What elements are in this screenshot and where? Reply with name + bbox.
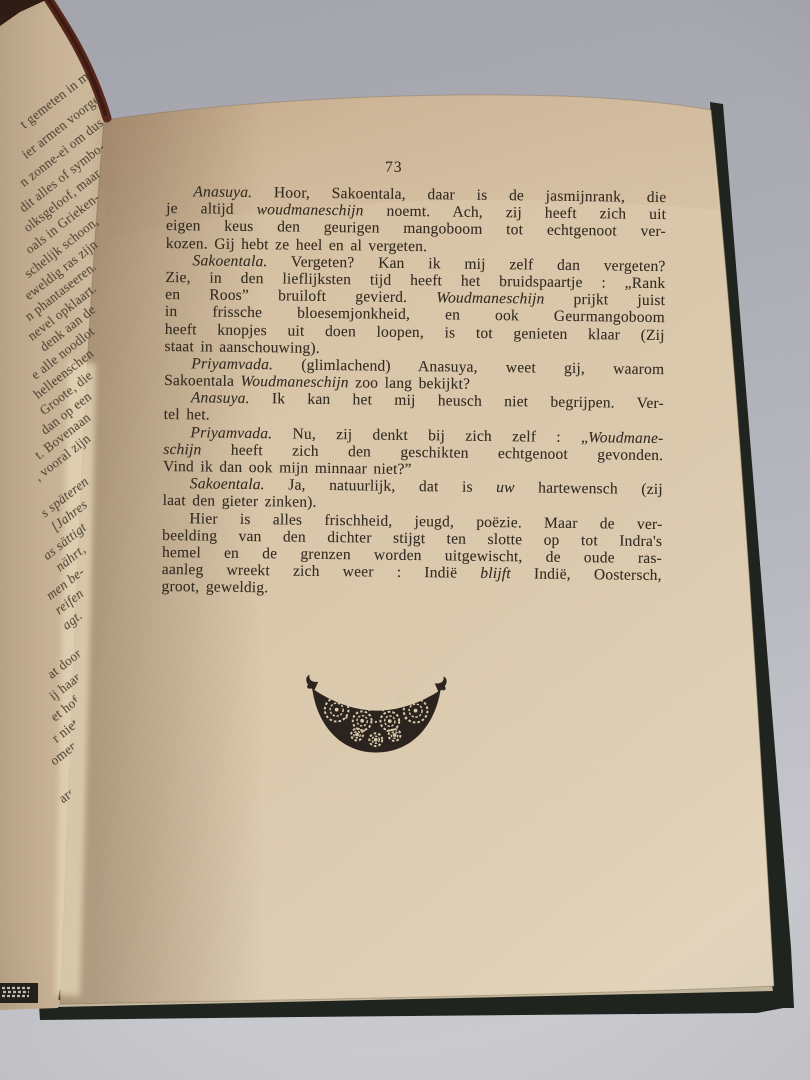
italic-text: uw	[496, 479, 515, 496]
italic-text: Sakoentala.	[190, 475, 265, 493]
body-text: hartewensch (zij	[515, 479, 663, 498]
body-text: tel het.	[164, 406, 210, 424]
italic-text: woudmaneschijn	[257, 201, 364, 219]
italic-text: Woudmaneschijn	[436, 289, 544, 307]
italic-text: schijn	[163, 441, 201, 458]
page-number: 73	[144, 145, 644, 179]
italic-text: Woudmane-	[588, 429, 663, 447]
body-text: laat den gieter zinken).	[163, 492, 317, 511]
italic-text: blijft	[480, 565, 511, 582]
body-text: Sakoentala	[164, 372, 241, 390]
body-text: staat in aanschouwing).	[164, 338, 320, 357]
body-text: zoo lang bekijkt?	[349, 374, 471, 392]
body-text: groot, geweldig.	[161, 578, 268, 596]
body-text: Indië, Oostersch,	[511, 565, 662, 584]
italic-text: Anasuya.	[193, 183, 252, 201]
body-text: je altijd	[166, 200, 257, 218]
body-text: prijkt juist	[544, 291, 665, 309]
floral-garland-ornament	[302, 673, 451, 758]
italic-text: Sakoentala.	[192, 252, 267, 270]
italic-text: Priyamvada.	[191, 355, 273, 373]
italic-text: Anasuya.	[191, 390, 250, 408]
italic-text: Woudmaneschijn	[240, 373, 348, 391]
text-block: 73 Anasuya. Hoor, Sakoentala, daar is de…	[160, 145, 667, 760]
italic-text: Priyamvada.	[190, 424, 272, 442]
page-content: 73 Anasuya. Hoor, Sakoentala, daar is de…	[0, 0, 810, 1080]
book-photo: t gemeten in mijlen,ier armen voorge-n z…	[0, 0, 810, 1080]
